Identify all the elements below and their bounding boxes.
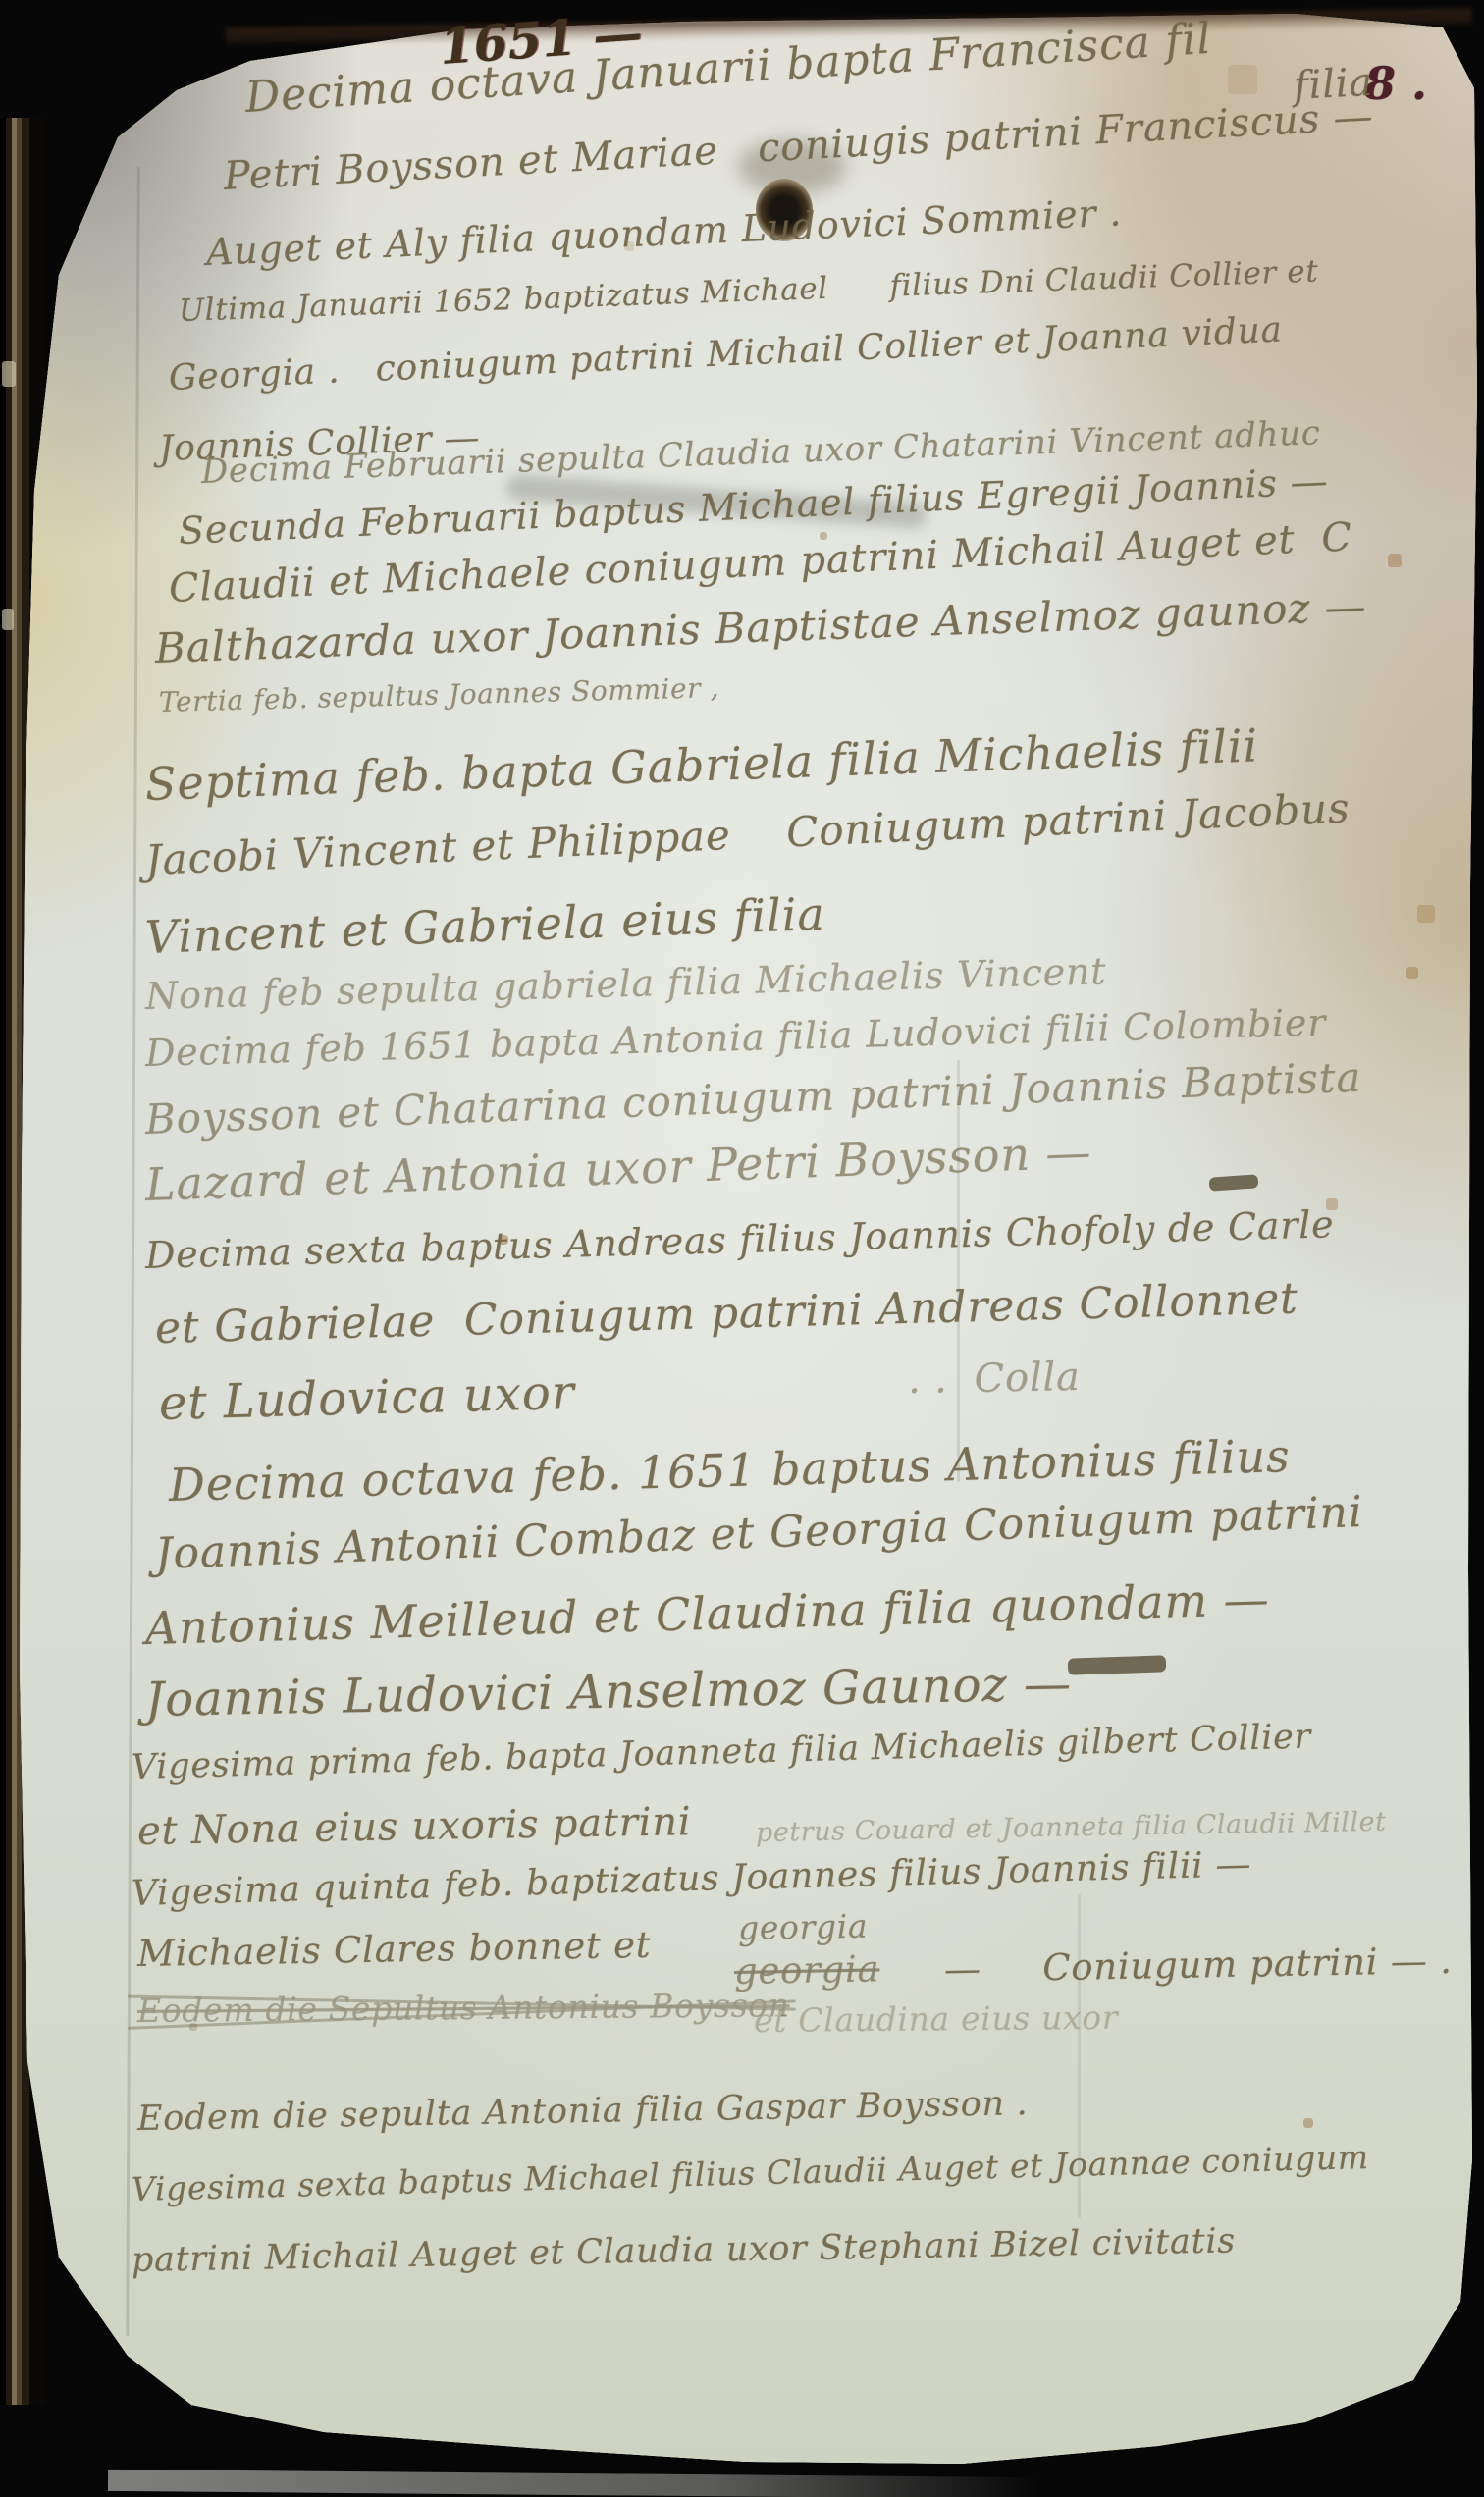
struck-word: georgia: [734, 1950, 880, 1990]
heavy-ink-dash: [1068, 1655, 1167, 1674]
foxing-specks: [0, 0, 2, 2]
manuscript-line-29b: — Coniugum patrini — .: [944, 1942, 1453, 1988]
marginal-word-colla: . . Colla: [908, 1357, 1081, 1400]
binding-paper-tab: [2, 361, 16, 387]
photographed-register-page: 1651 — 8 . Decima octava Januarii bapta …: [0, 0, 1484, 2497]
interlinear-correction: georgia: [738, 1910, 869, 1944]
manuscript-line-29: Michaelis Clares bonnet et: [137, 1927, 652, 1972]
center-crease: [957, 1060, 960, 1482]
manuscript-line-27: et Nona eius uxoris patrini: [137, 1802, 692, 1851]
manuscript-line-21: et Ludovica uxor: [158, 1369, 575, 1427]
table-edge-below-page: [108, 2470, 1040, 2497]
manuscript-line-30-faint: et Claudina eius uxor: [754, 2001, 1119, 2037]
struck-line: Eodem die Sepultus Antonius Boysson: [137, 1989, 790, 2027]
binding-paper-tab: [2, 609, 14, 630]
